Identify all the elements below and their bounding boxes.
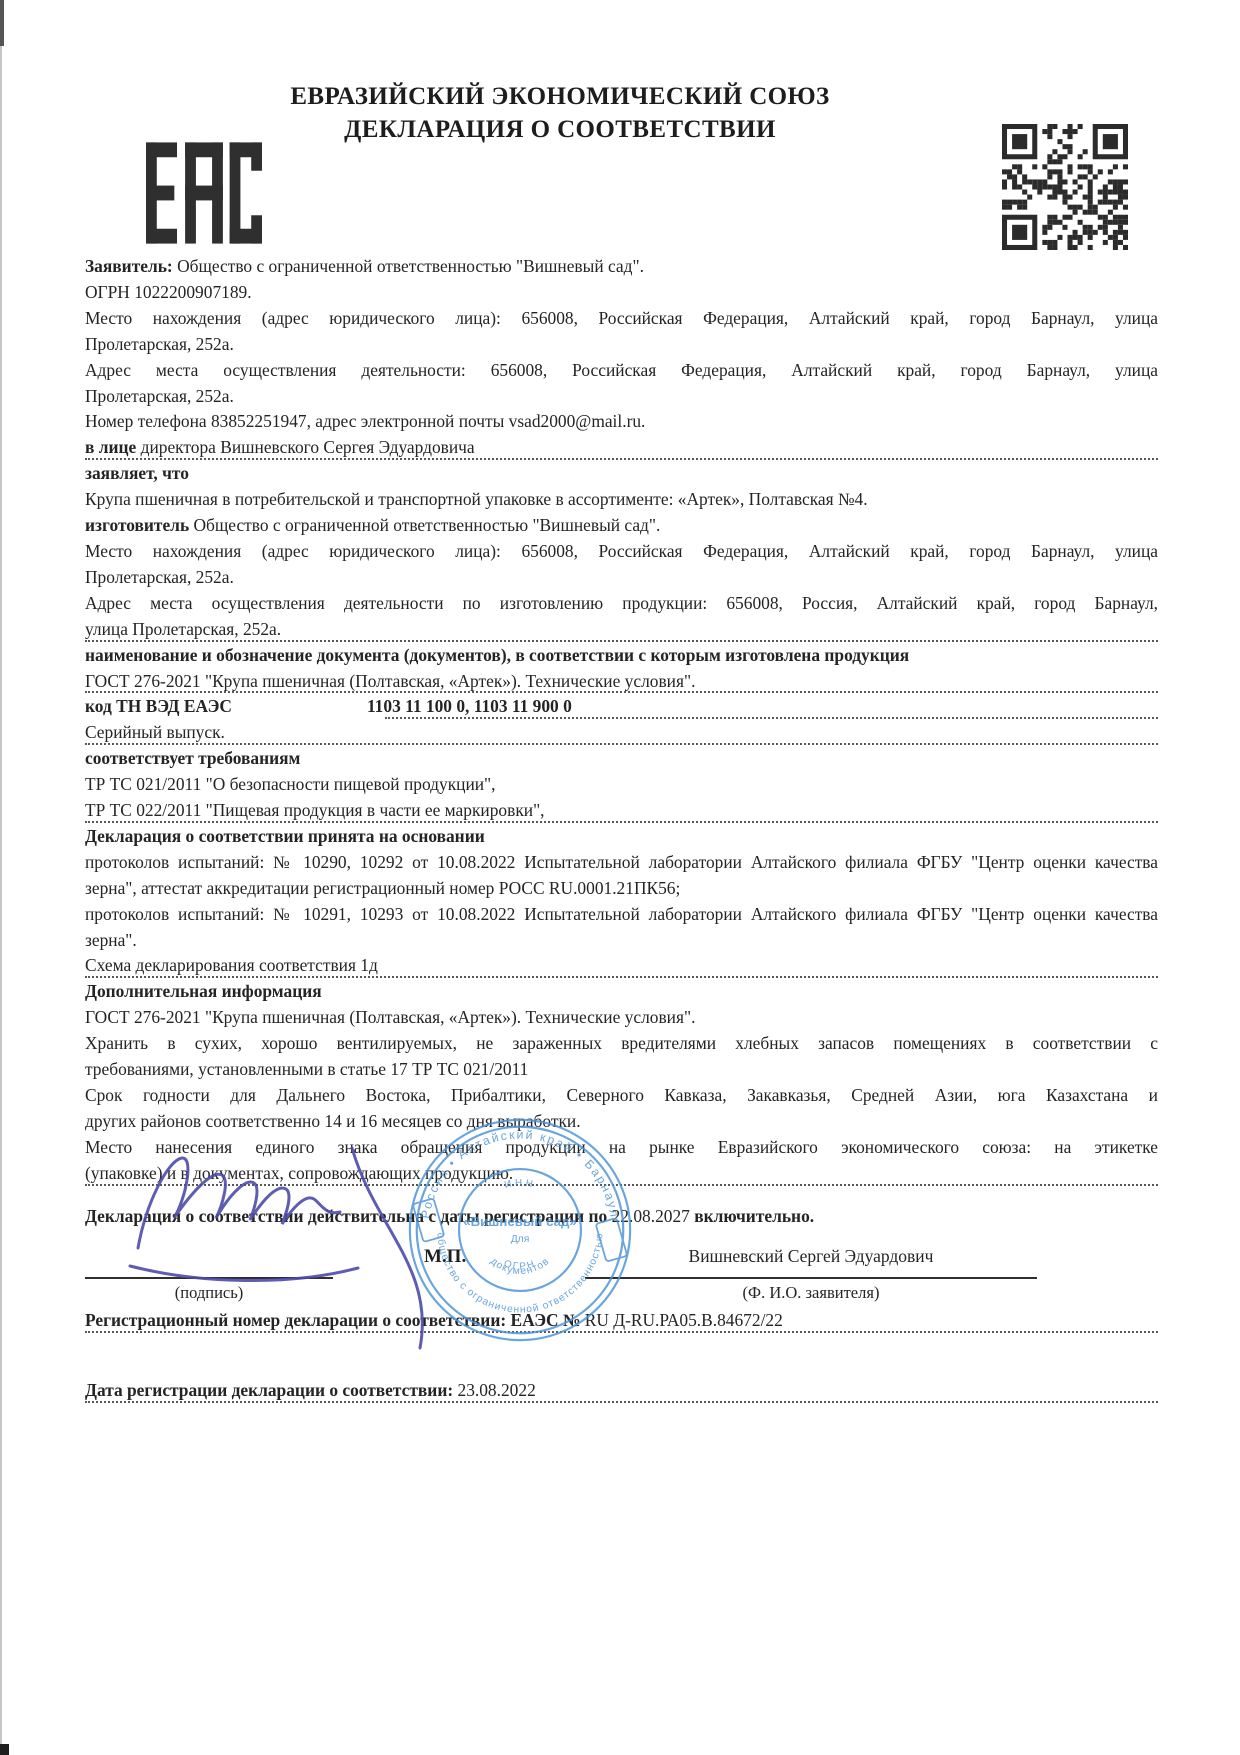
document-line: Пролетарская, 252а. <box>85 565 1158 591</box>
text-segment: заявляет, что <box>85 463 189 483</box>
text-segment: изготовитель <box>85 515 194 535</box>
text-segment: Пролетарская, 252а. <box>85 567 234 587</box>
document-line: ГОСТ 276-2021 "Крупа пшеничная (Полтавск… <box>85 669 1158 695</box>
text-segment: Общество с ограниченной ответственностью… <box>194 515 661 535</box>
text-segment: в лице <box>85 437 141 457</box>
dotted-rule <box>85 640 1158 642</box>
document-line: в лице директора Вишневского Сергея Эдуа… <box>85 435 1158 461</box>
text-segment: зерна", аттестат аккредитации регистраци… <box>85 878 680 898</box>
document-line: Дата регистрации декларации о соответств… <box>85 1378 1158 1404</box>
document-line: улица Пролетарская, 252а. <box>85 617 1158 643</box>
document-line: Серийный выпуск. <box>85 720 1158 746</box>
text-segment: Схема декларирования соответствия 1д <box>85 955 378 975</box>
document-line: зерна", аттестат аккредитации регистраци… <box>85 876 1158 902</box>
document-header: ЕВРАЗИЙСКИЙ ЭКОНОМИЧЕСКИЙ СОЮЗ ДЕКЛАРАЦИ… <box>220 80 900 146</box>
text-segment: 1103 11 100 0, 1103 11 900 0 <box>367 696 572 716</box>
document-line: Срок годности для Дальнего Востока, Приб… <box>85 1083 1158 1109</box>
document-line: Хранить в сухих, хорошо вентилируемых, н… <box>85 1031 1158 1057</box>
registration-date-line: Дата регистрации декларации о соответств… <box>85 1378 1158 1404</box>
document-line: ТР ТС 022/2011 "Пищевая продукция в част… <box>85 798 1158 824</box>
title-declaration: ДЕКЛАРАЦИЯ О СООТВЕТСТВИИ <box>220 113 900 146</box>
document-line: Адрес места осуществления деятельности: … <box>85 358 1158 384</box>
text-segment: Место нахождения (адрес юридического лиц… <box>85 541 1158 561</box>
stamp-center-sub: документов <box>488 1256 552 1277</box>
document-line: Место нахождения (адрес юридического лиц… <box>85 306 1158 332</box>
document-line: изготовитель Общество с ограниченной отв… <box>85 513 1158 539</box>
scan-edge-artifact <box>0 0 2 1755</box>
applicant-name-caption: (Ф. И.О. заявителя) <box>585 1283 1037 1303</box>
document-line: заявляет, что <box>85 461 1158 487</box>
text-segment: соответствует требованиям <box>85 748 300 768</box>
qr-code <box>1002 124 1128 250</box>
dotted-rule <box>85 821 1158 823</box>
text-segment: Адрес места осуществления деятельности п… <box>85 593 1158 613</box>
text-segment: включительно. <box>690 1206 814 1226</box>
text-segment: 23.08.2022 <box>458 1380 536 1400</box>
document-line: ОГРН 1022200907189. <box>85 280 1158 306</box>
handwritten-signature <box>90 1118 470 1368</box>
text-segment: ГОСТ 276-2021 "Крупа пшеничная (Полтавск… <box>85 671 695 691</box>
document-line: Место нахождения (адрес юридического лиц… <box>85 539 1158 565</box>
dotted-rule <box>85 458 1158 460</box>
document-line: ГОСТ 276-2021 "Крупа пшеничная (Полтавск… <box>85 1005 1158 1031</box>
text-segment: наименование и обозначение документа (до… <box>85 645 909 665</box>
text-segment: директора Вишневского Сергея Эдуардовича <box>141 437 475 457</box>
text-segment: Крупа пшеничная в потребительской и тран… <box>85 489 868 509</box>
text-segment: зерна". <box>85 930 137 950</box>
text-segment: Пролетарская, 252а. <box>85 334 234 354</box>
document-line: соответствует требованиям <box>85 746 1158 772</box>
text-segment: Пролетарская, 252а. <box>85 386 234 406</box>
document-line: Дополнительная информация <box>85 979 1158 1005</box>
text-segment: Дата регистрации декларации о соответств… <box>85 1380 458 1400</box>
document-line: Декларация о соответствии принята на осн… <box>85 824 1158 850</box>
applicant-name: Вишневский Сергей Эдуардович <box>585 1246 1037 1267</box>
document-line: Схема декларирования соответствия 1д <box>85 953 1158 979</box>
document-line: Крупа пшеничная в потребительской и тран… <box>85 487 1158 513</box>
text-segment: ТР ТС 022/2011 "Пищевая продукция в част… <box>85 800 545 820</box>
declaration-document-page: ЕВРАЗИЙСКИЙ ЭКОНОМИЧЕСКИЙ СОЮЗ ДЕКЛАРАЦИ… <box>0 0 1240 1755</box>
scan-corner-mark-top <box>0 0 4 46</box>
document-line: протоколов испытаний: № 10290, 10292 от … <box>85 850 1158 876</box>
dotted-rule <box>85 691 1158 693</box>
text-segment: протоколов испытаний: № 10291, 10293 от … <box>85 904 1158 924</box>
text-segment: Декларация о соответствии принята на осн… <box>85 826 485 846</box>
stamp-inn-text: ИНН <box>503 1178 536 1191</box>
document-line: Адрес места осуществления деятельности п… <box>85 591 1158 617</box>
text-segment: улица Пролетарская, 252а. <box>85 619 281 639</box>
stamp-center-mid: Для <box>511 1234 530 1245</box>
document-line: Пролетарская, 252а. <box>85 332 1158 358</box>
document-line: протоколов испытаний: № 10291, 10293 от … <box>85 902 1158 928</box>
document-line: требованиями, установленными в статье 17… <box>85 1057 1158 1083</box>
applicant-name-line <box>585 1277 1037 1279</box>
text-segment: ГОСТ 276-2021 "Крупа пшеничная (Полтавск… <box>85 1007 695 1027</box>
text-segment: протоколов испытаний: № 10290, 10292 от … <box>85 852 1158 872</box>
document-line: ТР ТС 021/2011 "О безопасности пищевой п… <box>85 772 1158 798</box>
text-segment: код ТН ВЭД ЕАЭС <box>85 696 232 716</box>
scan-corner-mark-bottom <box>0 1744 9 1755</box>
text-segment: Дополнительная информация <box>85 981 322 1001</box>
stamp-company-name: «Вишневый сад» <box>463 1214 577 1229</box>
title-union: ЕВРАЗИЙСКИЙ ЭКОНОМИЧЕСКИЙ СОЮЗ <box>220 80 900 113</box>
text-segment: ТР ТС 021/2011 "О безопасности пищевой п… <box>85 774 496 794</box>
text-segment: Адрес места осуществления деятельности: … <box>85 360 1158 380</box>
document-line: зерна". <box>85 928 1158 954</box>
dotted-rule <box>85 743 1158 745</box>
eac-mark-icon <box>146 134 262 252</box>
text-segment: Номер телефона 83852251947, адрес электр… <box>85 411 645 431</box>
dotted-rule <box>85 976 1158 978</box>
text-segment: Хранить в сухих, хорошо вентилируемых, н… <box>85 1033 1158 1053</box>
text-segment: Срок годности для Дальнего Востока, Приб… <box>85 1085 1158 1105</box>
text-segment: ОГРН 1022200907189. <box>85 282 252 302</box>
text-segment: Общество с ограниченной ответственностью… <box>177 256 644 276</box>
document-line: наименование и обозначение документа (до… <box>85 643 1158 669</box>
text-segment: Заявитель: <box>85 256 177 276</box>
text-segment: Место нахождения (адрес юридического лиц… <box>85 308 1158 328</box>
text-segment: требованиями, установленными в статье 17… <box>85 1059 528 1079</box>
document-line: код ТН ВЭД ЕАЭС1103 11 100 0, 1103 11 90… <box>85 694 1158 720</box>
document-line: Заявитель: Общество с ограниченной ответ… <box>85 254 1158 280</box>
document-body: Заявитель: Общество с ограниченной ответ… <box>85 254 1158 1187</box>
document-line: Пролетарская, 252а. <box>85 384 1158 410</box>
text-segment: Серийный выпуск. <box>85 722 225 742</box>
dotted-rule <box>385 717 1158 719</box>
dotted-rule <box>85 1401 1158 1403</box>
document-line: Номер телефона 83852251947, адрес электр… <box>85 409 1158 435</box>
